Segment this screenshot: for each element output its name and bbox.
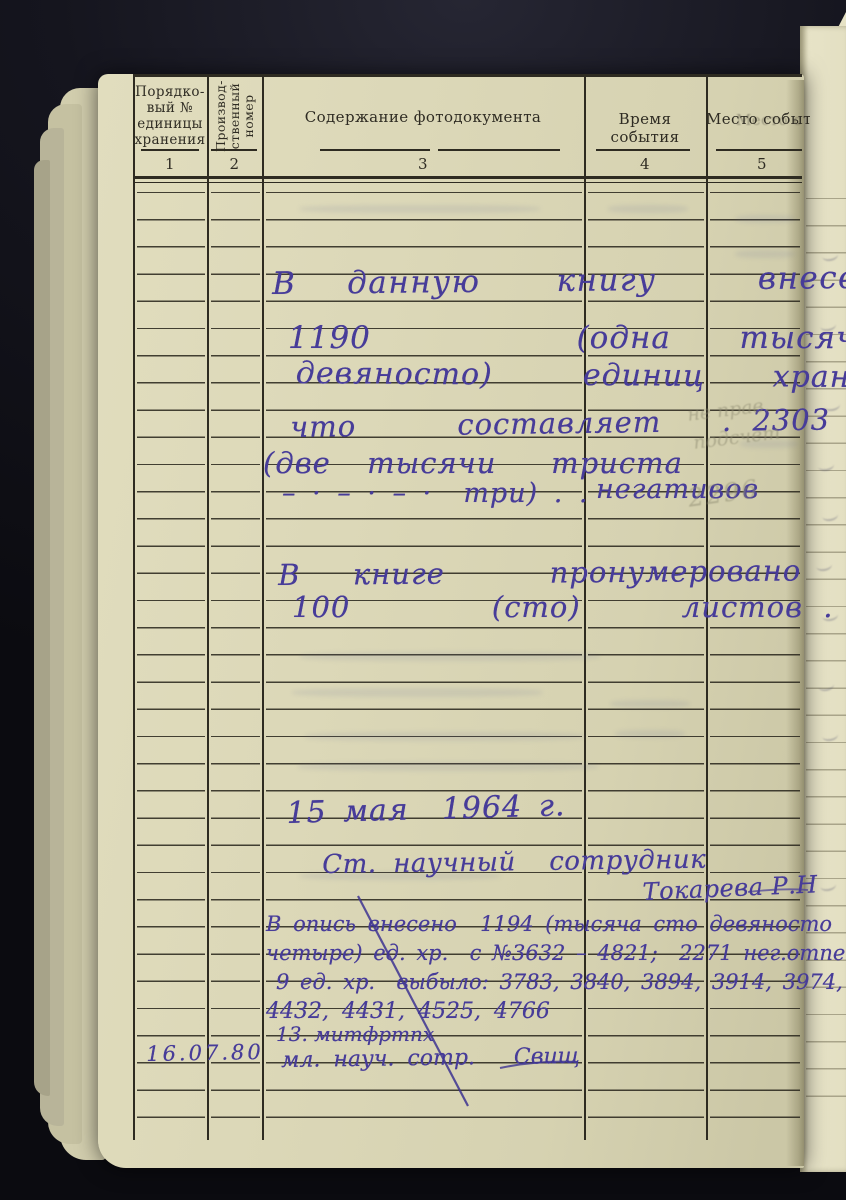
scanned-ledger-photo: Порядко- вый № единицы хранения Производ… (0, 0, 846, 1200)
signature-flourish (0, 0, 846, 1200)
